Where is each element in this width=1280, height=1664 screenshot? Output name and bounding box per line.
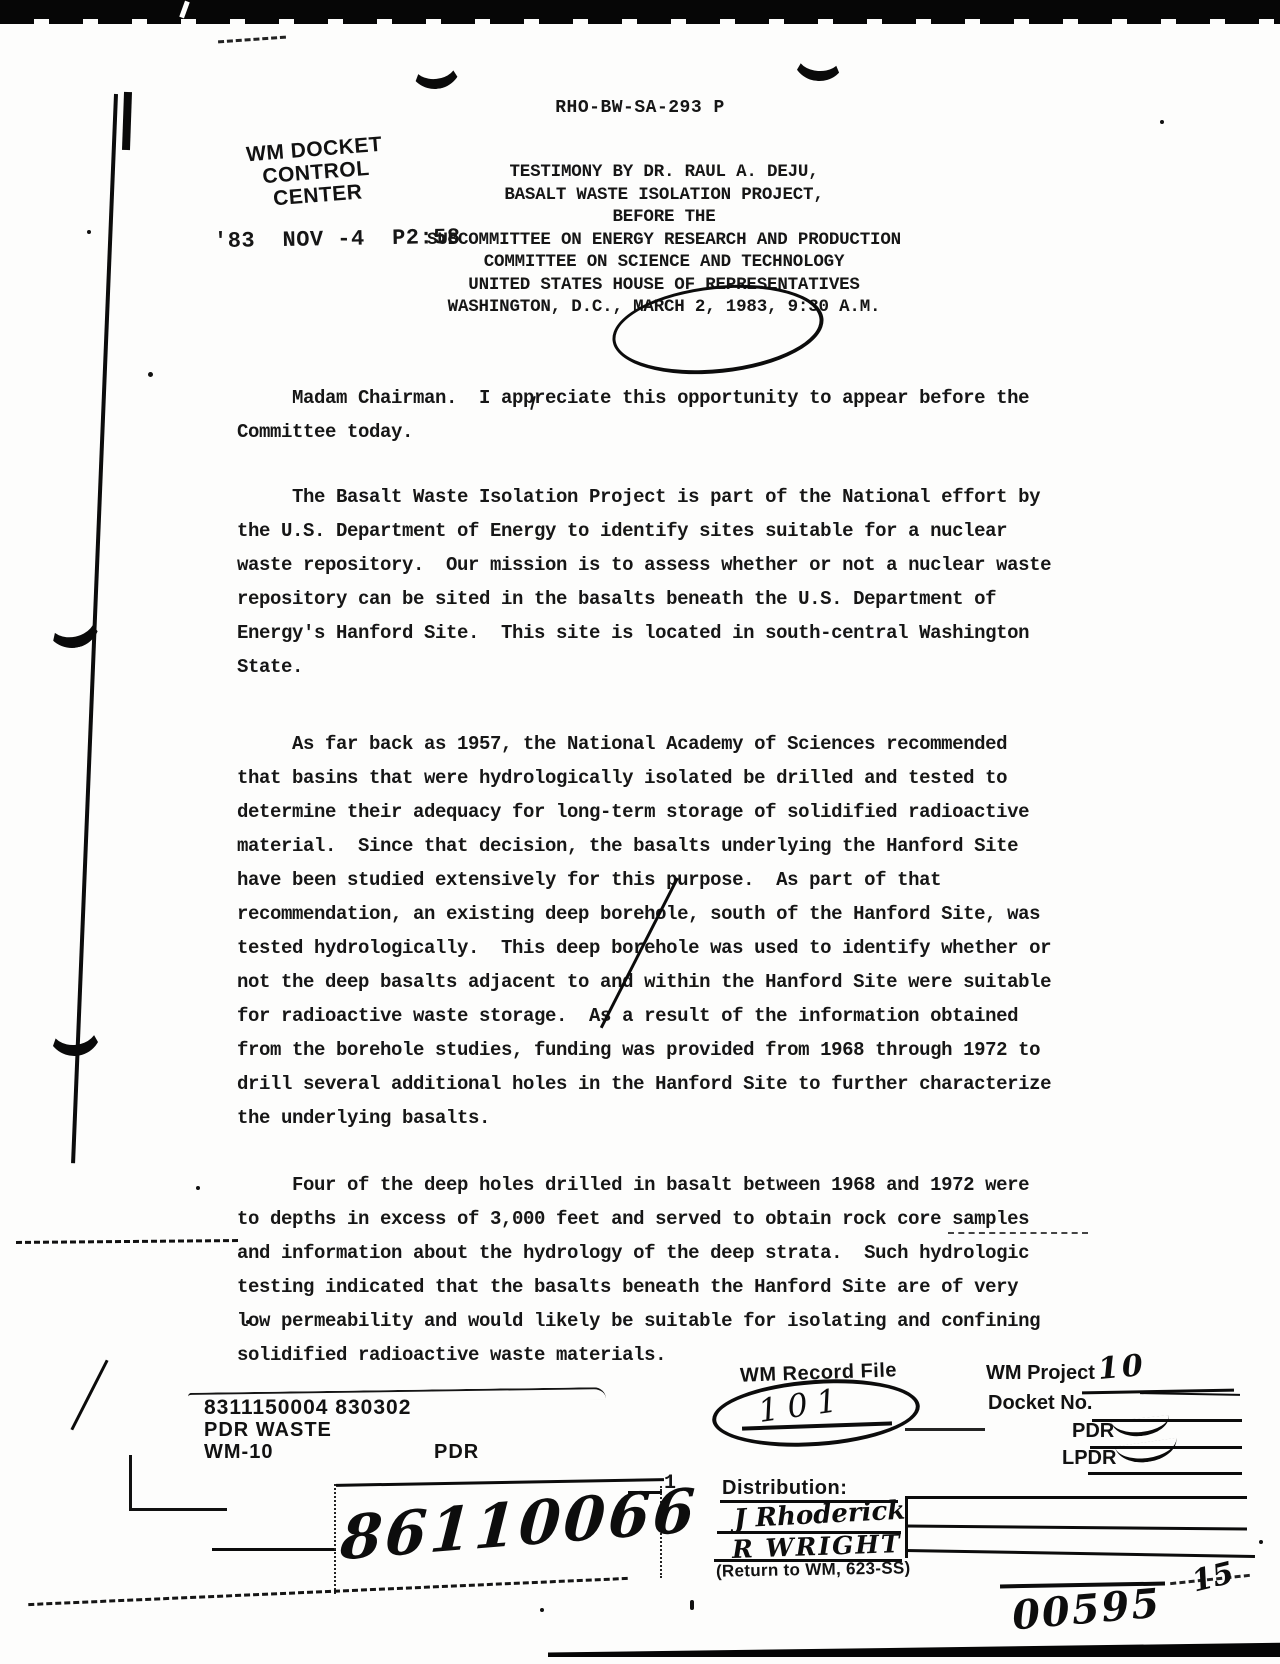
docket-no-label: Docket No. [988,1392,1092,1415]
title-line: COMMITTEE ON SCIENCE AND TECHNOLOGY [24,251,1280,274]
document-number: RHO-BW-SA-293 P [0,98,1280,118]
dashed-margin-line-left [16,1239,238,1244]
title-line: BEFORE THE [24,206,1280,229]
handwritten-id-number: 86110066 [338,1476,699,1575]
corner-mark-vertical [129,1455,132,1511]
id-box-left-edge [334,1484,336,1594]
title-line: UNITED STATES HOUSE OF REPRESENTATIVES [24,274,1280,297]
record-file-underline-ext [905,1428,985,1431]
scan-bottom-wedge [548,1642,1280,1657]
ink-speck [246,1320,250,1324]
underline-left-of-box [212,1548,336,1551]
distribution-label: Distribution: [722,1477,847,1500]
pdr-label: PDR [1072,1420,1114,1443]
distribution-table-top-line [905,1496,1247,1499]
lpdr-label: LPDR [1062,1447,1116,1470]
paragraph-4: Four of the deep holes drilled in basalt… [237,1168,1077,1372]
title-line: BASALT WASTE ISOLATION PROJECT, [24,184,1280,207]
dashed-overline-right [948,1232,1088,1234]
corner-mark-horizontal [129,1508,227,1511]
lpdr-checkmark [1115,1438,1179,1466]
binder-crescent-top-left [407,37,464,91]
title-line: TESTIMONY BY DR. RAUL A. DEJU, [24,161,1280,184]
accession-pdr-code: PDR [434,1441,479,1464]
ink-speck [540,1608,544,1612]
ink-speck [196,1186,200,1190]
accession-wm-code: WM-10 [204,1441,273,1464]
lpdr-line [1088,1472,1242,1475]
scanned-document-page: RHO-BW-SA-293 P WM DOCKET CONTROL CENTER… [0,0,1280,1664]
handwritten-15: 15 [1188,1555,1237,1599]
ink-speck [1259,1540,1263,1544]
ink-speck [1160,120,1164,124]
paragraph-2: The Basalt Waste Isolation Project is pa… [237,480,1077,684]
distribution-table-bottom-line [905,1549,1255,1558]
ink-dash-cluster [218,36,286,44]
paragraph-1: Madam Chairman. I appreciate this opport… [237,381,1077,449]
scan-top-bar-ragged-edge [0,17,1280,24]
ink-speck [87,230,91,234]
accession-pdr-waste: PDR WASTE [204,1419,332,1442]
ink-speck [690,1600,694,1610]
handwritten-00595: 00595 [1010,1580,1163,1640]
paperclip-crescent-lower [44,996,105,1059]
wm-project-value: 10 [1097,1348,1148,1387]
accession-number: 8311150004 830302 [204,1396,411,1420]
distribution-table-mid-line [905,1525,1247,1531]
pen-slash-bottom-left [70,1360,108,1431]
wm-project-line-2 [1140,1392,1240,1396]
return-note: (Return to WM, 623-SS) [716,1558,911,1581]
title-line: SUBCOMMITTEE ON ENERGY RESEARCH AND PROD… [24,229,1280,252]
paragraph-3: As far back as 1957, the National Academ… [237,727,1077,1135]
bottom-dashed-arc [28,1577,628,1606]
ink-speck [148,372,153,377]
document-title-block: TESTIMONY BY DR. RAUL A. DEJU, BASALT WA… [24,161,1280,319]
wm-project-label: WM Project [986,1362,1095,1385]
binder-crescent-top-right [791,32,846,83]
